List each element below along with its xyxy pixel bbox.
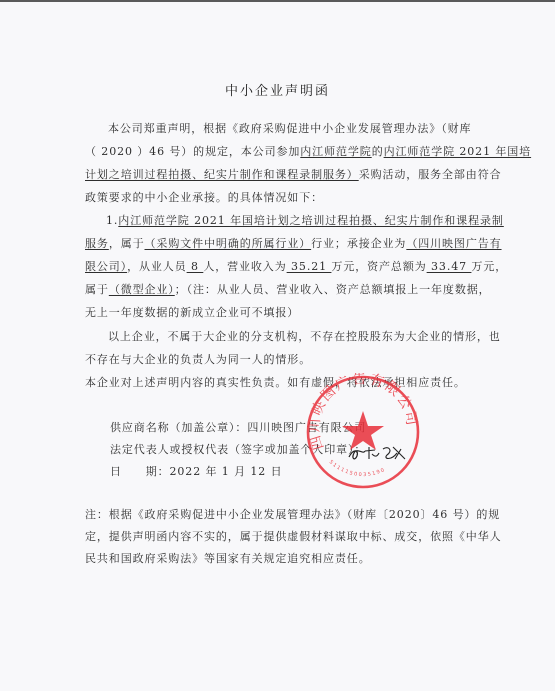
note-line1: ；（注：从业人员、营业收入、资产总额填报上一年度数据， [175,283,491,296]
item1-line5: 无上一年度数据的新成立企业可不填报） [85,306,299,320]
enterprise-type: （微型企业） [109,283,175,296]
assets-unit: 万元， [471,260,507,273]
revenue-value: 35.21 [287,260,332,273]
project-name-part2: 计划之培训过程拍摄、纪实片制作和课程录制服务） [85,168,359,181]
revenue-unit: 万元，资产总额为 [331,260,426,273]
footnote-line3: 民共和国政府采购法》等国家有关规定追究相应责任。 [85,552,371,566]
para1-line4: 政策要求的中小企业承接。的具体情况如下： [85,191,323,205]
date-value: 2022 年 1 月 12 日 [170,465,283,478]
document-page [0,2,555,691]
item-number: 1. [106,214,118,227]
project-name-part1: 内江师范学院 2021 年国培 [384,145,532,158]
supplier-name: 四川映图广告有限公司 [247,421,366,434]
para3: 本企业对上述声明内容的真实性负责。如有虚假，将依法承担相应责任。 [85,376,466,390]
para1-line3-tail: 采购活动，服务全部由符合 [359,168,502,181]
employees-value: 8 [187,260,204,273]
page-title: 中小企业声明函 [0,80,555,99]
employees-unit: 人，营业收入为 [203,260,286,273]
date-label: 日 期： [110,465,170,478]
para1-line3: 计划之培训过程拍摄、纪实片制作和课程录制服务）采购活动，服务全部由符合 [85,168,502,182]
industry-suffix: 行业；承接企业为 [311,237,406,250]
supplier-line: 供应商名称（加盖公章）：四川映图广告有限公司 [110,421,366,435]
item1-line2: 服务，属于（采购文件中明确的所属行业）行业；承接企业为（四川映图广告有 [85,237,502,251]
industry-field: （采购文件中明确的所属行业） [145,237,312,250]
company-name-part1: （四川映图广告有 [406,237,501,250]
item-project-line2: 服务 [85,237,109,250]
buyer-name: 内江师范学院 [300,145,371,158]
of-text: 的 [372,145,384,158]
para1-line2: （ 2020 ）46 号）的规定，本公司参加内江师范学院的内江师范学院 2021… [85,145,531,159]
employees-label: ，从业人员 [127,260,187,273]
item1-line1: 1.内江师范学院 2021 年国培计划之培训过程拍摄、纪实片制作和课程录制 [106,214,504,228]
para1-line1: 本公司郑重声明，根据《政府采购促进中小企业发展管理办法》（财库 [108,122,471,136]
date-line: 日 期：2022 年 1 月 12 日 [110,465,282,479]
company-name-part2: 限公司） [85,260,127,273]
footnote-line2: 定，提供声明函内容不实的，属于提供虚假材料谋取中标、成交，依照《中华人 [85,530,502,544]
representative-line: 法定代表人或授权代表（签字或加盖个人印章）： [110,443,366,457]
belongs-to-text: ，属于 [109,237,145,250]
belongs-label: 属于 [85,283,109,296]
para2-line1: 以上企业，不属于大企业的分支机构，不存在控股股东为大企业的情形，也 [108,330,501,344]
handwritten-signature-icon [345,441,415,463]
item1-line4: 属于（微型企业）；（注：从业人员、营业收入、资产总额填报上一年度数据， [85,283,491,297]
item-project-line1: 内江师范学院 2021 年国培计划之培训过程拍摄、纪实片制作和课程录制 [118,214,504,227]
item1-line3: 限公司），从业人员 8 人，营业收入为 35.21 万元，资产总额为 33.47… [85,260,507,274]
para2-line2: 不存在与大企业的负责人为同一人的情形。 [85,353,311,367]
para1-line2-text: （ 2020 ）46 号）的规定，本公司参加 [85,145,300,158]
supplier-label: 供应商名称（加盖公章）： [110,421,247,434]
footnote-line1: 注：根据《政府采购促进中小企业发展管理办法》（财库〔2020〕46 号）的规 [85,508,500,522]
assets-value: 33.47 [427,260,472,273]
